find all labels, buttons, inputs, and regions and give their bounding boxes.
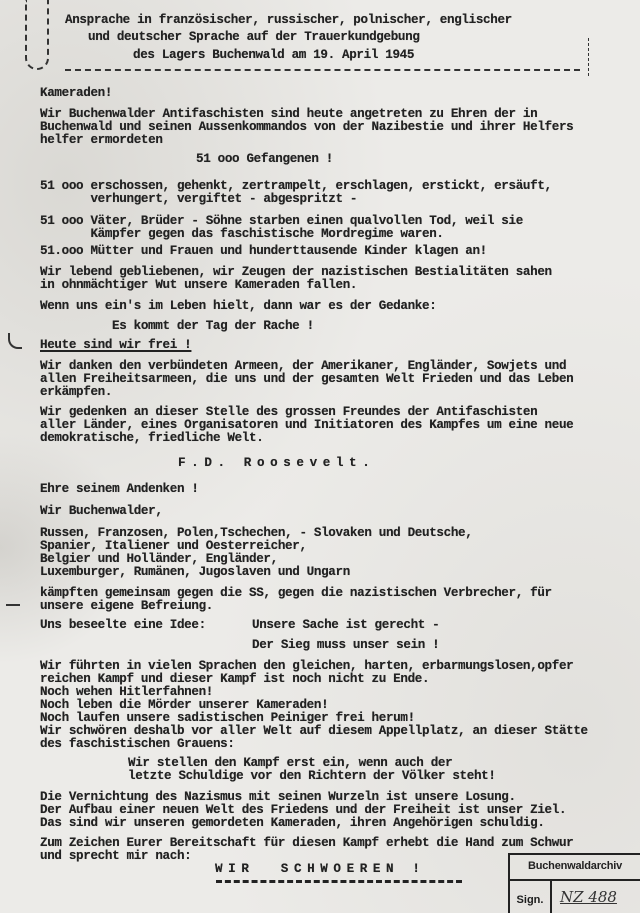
free-heading: Heute sind wir frei ! bbox=[40, 339, 191, 353]
document-title-line-2: und deutscher Sprache auf der Trauerkund… bbox=[88, 29, 420, 46]
margin-dash-mark bbox=[6, 604, 20, 606]
signature-label: Sign. bbox=[510, 881, 552, 913]
paragraph-5-line-3: demokratische, friedliche Welt. bbox=[40, 432, 263, 446]
archive-stamp: Buchenwaldarchiv Sign. NZ 488 bbox=[508, 853, 640, 913]
roosevelt-name: F.D. Roosevelt. bbox=[178, 457, 375, 471]
paragraph-8-line-2: unsere eigene Befreiung. bbox=[40, 600, 213, 614]
count-item-3: 51.ooo Mütter und Frauen und hunderttaus… bbox=[40, 245, 487, 259]
paragraph-7: Wir Buchenwalder, bbox=[40, 505, 163, 519]
paragraph-11-line-2: und sprecht mir nach: bbox=[40, 850, 191, 864]
idea-label: Uns beseelte eine Idee: bbox=[40, 619, 206, 633]
nations-line-4: Luxemburger, Rumänen, Jugoslaven und Ung… bbox=[40, 566, 350, 580]
margin-hook-mark bbox=[8, 333, 22, 349]
margin-tick-mark bbox=[588, 38, 589, 76]
document-title-line-3: des Lagers Buchenwald am 19. April 1945 bbox=[133, 47, 414, 64]
paragraph-9-line-7: des faschistischen Grauens: bbox=[40, 738, 235, 752]
count-item-1-line-2: verhungert, vergiftet - abgespritzt - bbox=[40, 193, 357, 207]
idea-line-2: Der Sieg muss unser sein ! bbox=[252, 639, 439, 653]
paragraph-10-line-3: Das sind wir unseren gemordeten Kamerade… bbox=[40, 817, 545, 831]
idea-line-1: Unsere Sache ist gerecht - bbox=[252, 619, 439, 633]
salutation: Kameraden! bbox=[40, 87, 112, 101]
prisoners-count: 51 ooo Gefangenen ! bbox=[196, 153, 333, 167]
paragraph-3: Wenn uns ein's im Leben hielt, dann war … bbox=[40, 300, 436, 314]
margin-bracket-mark bbox=[25, 0, 49, 70]
count-item-2-line-2: Kämpfer gegen das faschistische Mordregi… bbox=[40, 228, 444, 242]
paragraph-6: Ehre seinem Andenken ! bbox=[40, 483, 199, 497]
oath-line-2: letzte Schuldige vor den Richtern der Vö… bbox=[128, 770, 496, 784]
archive-name: Buchenwaldarchiv bbox=[510, 855, 640, 881]
signature-value: NZ 488 bbox=[552, 881, 640, 913]
paragraph-4-line-3: erkämpfen. bbox=[40, 386, 112, 400]
title-rule bbox=[65, 69, 580, 71]
revenge-line: Es kommt der Tag der Rache ! bbox=[112, 320, 314, 334]
paragraph-4-line-2: allen Freiheitsarmeen, die uns und der g… bbox=[40, 373, 573, 387]
paragraph-1-line-3: helfer ermordeten bbox=[40, 134, 163, 148]
final-oath: WIR SCHWOEREN ! bbox=[215, 863, 426, 877]
document-title-line-1: Ansprache in französischer, russischer, … bbox=[65, 12, 512, 29]
final-oath-rule bbox=[216, 880, 462, 883]
paragraph-2-line-2: in ohnmächtiger Wut unsere Kameraden fal… bbox=[40, 279, 357, 293]
